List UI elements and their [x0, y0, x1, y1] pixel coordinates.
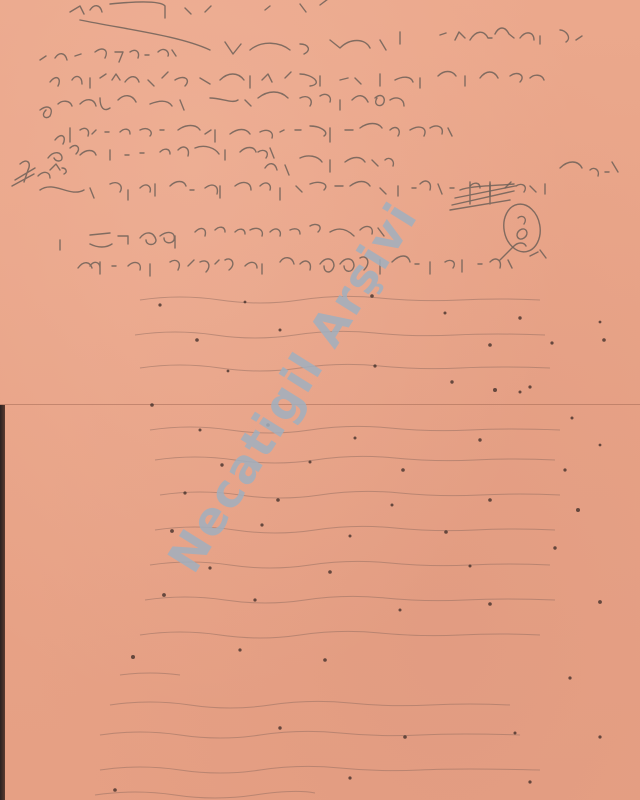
- handwritten-shorthand: [0, 0, 640, 800]
- manuscript-page: Necatigil Arşivi: [0, 0, 640, 800]
